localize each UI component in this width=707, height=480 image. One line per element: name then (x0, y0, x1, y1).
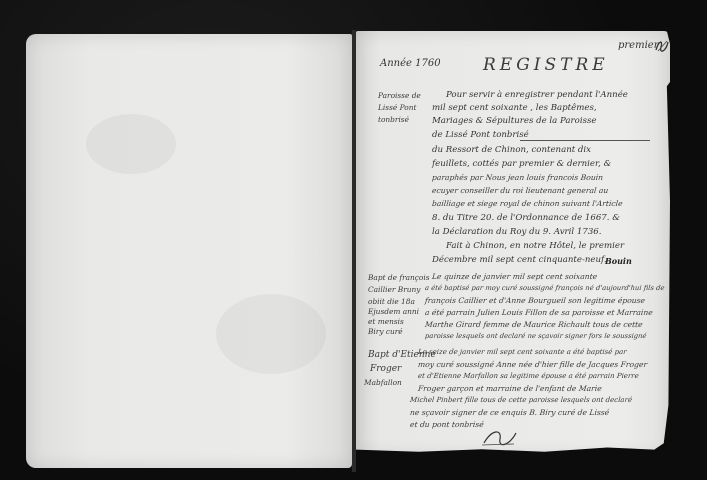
entry-line: et d'Etienne Marfallon sa legitime épous… (418, 372, 640, 380)
preamble-line: mil sept cent soixante , les Baptêmes, (432, 103, 597, 113)
entry-line: Marthe Girard femme de Maurice Richault … (425, 320, 644, 329)
preamble-line: Décembre mil sept cent cinquante-neuf. (432, 255, 607, 265)
preamble-line: la Déclaration du Roy du 9. Avril 1736. (432, 227, 602, 237)
preamble-line: Pour servir à enregistrer pendant l'Anné… (446, 90, 628, 100)
entry-line: Le seize de janvier mil sept cent soixan… (418, 348, 627, 356)
entry-margin-note: Froger (370, 364, 401, 374)
preamble-line: Fait à Chinon, en notre Hôtel, le premie… (446, 241, 624, 251)
entry-line: Froger garçon et marraine de l'enfant de… (418, 384, 603, 393)
folio-note: premier (618, 40, 658, 51)
paraph-flourish-icon (654, 38, 670, 54)
preamble-line: de Lissé Pont tonbrisé (432, 130, 529, 140)
entry-line: a été baptisé par moy curé soussigné fra… (425, 284, 665, 292)
margin-parish-line: Paroisse de (378, 91, 421, 100)
margin-parish-line: Lissé Pont (378, 103, 416, 112)
book-spine (352, 30, 356, 472)
signature-bouin: Bouin (605, 256, 632, 266)
paraph-flourish-icon (480, 425, 520, 447)
entry-line: Le quinze de janvier mil sept cent soixa… (432, 272, 598, 281)
register-title: REGISTRE (483, 55, 609, 75)
preamble-line: 8. du Titre 20. de l'Ordonnance de 1667.… (432, 213, 620, 223)
year-label: Année 1760 (380, 58, 441, 69)
entry-line: a été parrain Julien Louis Fillon de sa … (425, 308, 654, 317)
entry-margin-note: obiit die 18a (368, 297, 415, 306)
fill-in-rule (520, 140, 650, 141)
preamble-line: bailliage et siege royal de chinon suiva… (432, 199, 624, 208)
entry-line: moy curé soussigné Anne née d'hier fille… (418, 360, 648, 369)
preamble-line: Mariages & Sépultures de la Paroisse (432, 116, 596, 126)
entry-margin-note: Ejusdem anni (368, 307, 419, 316)
preamble-line: du Ressort de Chinon, contenant dix (432, 145, 591, 155)
entry-line: et du pont tonbrisé (410, 420, 485, 429)
entry-margin-note: Mabfallon (364, 378, 402, 387)
entry-margin-note: Bapt de françois (368, 273, 430, 282)
entry-line: paroisse lesquels ont declaré ne sçavoir… (425, 332, 647, 340)
entry-margin-note: et mensis (368, 317, 404, 326)
entry-margin-note: Caillier Bruny (368, 285, 420, 294)
entry-line: Michel Pinbert fille tous de cette paroi… (410, 396, 633, 404)
paper-stain (86, 114, 176, 174)
entry-line: françois Caillier et d'Anne Bourgueil so… (425, 296, 646, 305)
margin-parish-line: tonbrisé (378, 115, 409, 124)
entry-margin-note: Biry curé (368, 327, 403, 336)
paper-stain (216, 294, 326, 374)
entry-line: ne sçavoir signer de ce enquis B. Biry c… (410, 408, 610, 417)
left-page-blank (26, 34, 352, 468)
preamble-line: paraphés par Nous jean louis francois Bo… (432, 173, 604, 182)
preamble-line: feuillets, cottés par premier & dernier,… (432, 159, 611, 169)
preamble-line: ecuyer conseiller du roi lieutenant gene… (432, 186, 609, 195)
